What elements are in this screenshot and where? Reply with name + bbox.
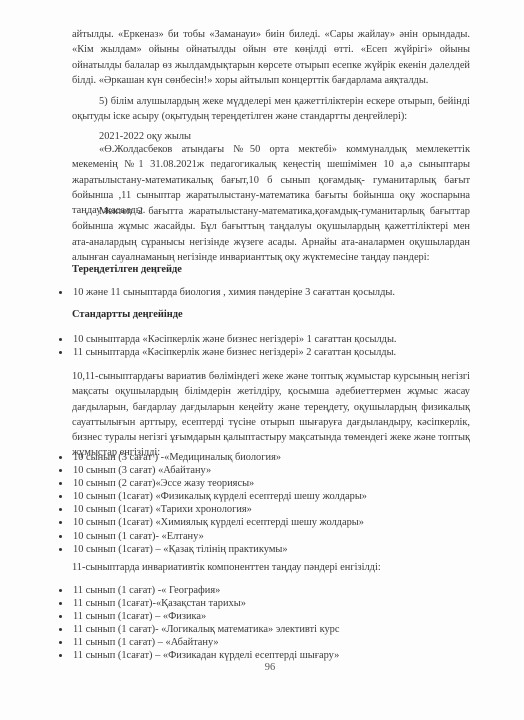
variative-text: 10,11-сыныптардағы вариатив бөліміндегі …	[72, 369, 470, 461]
intro-paragraph: айтылды. «Еркеназ» би тобы «Заманауи» би…	[72, 27, 470, 88]
bullet-icon	[59, 641, 62, 644]
list-item-text: 11 сынып (1сағат) – «Физика»	[73, 611, 206, 622]
bullet-icon	[59, 508, 62, 511]
item5-text: 5) білім алушылардың жеке мүдделері мен …	[72, 94, 470, 125]
bullet-icon	[59, 589, 62, 592]
grade11-intro: 11-сыныптарда инвариативтік компоненттен…	[72, 560, 470, 575]
bullet-icon	[59, 654, 62, 657]
standard-level-list: 10 сыныптарда «Кәсіпкерлік және бизнес н…	[59, 333, 479, 359]
list-item-text: 11 сынып (1 сағат) – «Абайтану»	[73, 637, 219, 648]
list-item: 10 сынып (3 сағат ) -«Медициналық биолог…	[59, 451, 479, 464]
bullet-icon	[59, 521, 62, 524]
list-item-text: 11 сыныптарда «Кәсіпкерлік және бизнес н…	[73, 347, 396, 358]
bullet-icon	[59, 291, 62, 294]
list-item-text: 10 сынып (1сағат) «Химиялық күрделі есеп…	[73, 517, 364, 528]
item5-paragraph: 5) білім алушылардың жеке мүдделері мен …	[72, 94, 470, 125]
bullet-icon	[59, 615, 62, 618]
list-item-text: 10 сынып (1сағат) «Физикалық күрделі есе…	[73, 491, 367, 502]
advanced-level-heading: Тереңдетілген деңгейде	[72, 262, 470, 277]
list-item-text: 10 сынып (1сағат) – «Қазақ тілінің практ…	[73, 544, 288, 555]
school-year: 2021-2022 оқу жылы	[72, 131, 470, 142]
list-item: 11 сынып (1сағат) – «Физика»	[59, 610, 479, 623]
list-item-text: 11 сынып (1сағат) – «Физикадан күрделі е…	[73, 650, 339, 661]
grade10-list: 10 сынып (3 сағат ) -«Медициналық биолог…	[59, 451, 479, 556]
grade11-list: 11 сынып (1 сағат) -« География» 11 сыны…	[59, 584, 479, 663]
list-item: 10 сынып (1сағат) «Химиялық күрделі есеп…	[59, 516, 479, 529]
list-item: 11 сынып (1 сағат) -« География»	[59, 584, 479, 597]
directions-text: Мектеп 2 бағытта жаратылыстану-математик…	[72, 204, 470, 265]
page-number: 96	[0, 662, 524, 673]
list-item: 10 сынып (2 сағат)«Эссе жазу теориясы»	[59, 477, 479, 490]
list-item: 11 сынып (1сағат) – «Физикадан күрделі е…	[59, 649, 479, 662]
list-item-text: 10 сынып (3 сағат) «Абайтану»	[73, 465, 211, 476]
directions-paragraph: Мектеп 2 бағытта жаратылыстану-математик…	[72, 204, 470, 265]
bullet-icon	[59, 482, 62, 485]
bullet-icon	[59, 628, 62, 631]
list-item-text: 10 сынып (1 сағат)- «Елтану»	[73, 531, 204, 542]
list-item: 11 сынып (1 сағат)- «Логикалық математик…	[59, 623, 479, 636]
list-item: 10 сынып (1сағат) «Тарихи хронология»	[59, 503, 479, 516]
bullet-icon	[59, 495, 62, 498]
bullet-icon	[59, 351, 62, 354]
list-item: 10 сынып (1 сағат)- «Елтану»	[59, 530, 479, 543]
list-item: 11 сыныптарда «Кәсіпкерлік және бизнес н…	[59, 346, 479, 359]
list-item: 11 сынып (1 сағат) – «Абайтану»	[59, 636, 479, 649]
document-page: айтылды. «Еркеназ» би тобы «Заманауи» би…	[0, 0, 524, 720]
list-item: 10 сыныптарда «Кәсіпкерлік және бизнес н…	[59, 333, 479, 346]
list-item: 11 сынып (1сағат)-«Қазақстан тарихы»	[59, 597, 479, 610]
list-item-text: 10 сыныптарда «Кәсіпкерлік және бизнес н…	[73, 334, 397, 345]
bullet-icon	[59, 338, 62, 341]
list-item-text: 10 және 11 сыныптарда биология , химия п…	[73, 287, 395, 298]
list-item-text: 10 сынып (2 сағат)«Эссе жазу теориясы»	[73, 478, 254, 489]
bullet-icon	[59, 469, 62, 472]
list-item-text: 10 сынып (3 сағат ) -«Медициналық биолог…	[73, 452, 281, 463]
list-item: 10 сынып (3 сағат) «Абайтану»	[59, 464, 479, 477]
bullet-icon	[59, 548, 62, 551]
bullet-icon	[59, 602, 62, 605]
intro-text: айтылды. «Еркеназ» би тобы «Заманауи» би…	[72, 27, 470, 88]
list-item: 10 сынып (1сағат) – «Қазақ тілінің практ…	[59, 543, 479, 556]
list-item-text: 10 сынып (1сағат) «Тарихи хронология»	[73, 504, 252, 515]
variative-paragraph: 10,11-сыныптардағы вариатив бөліміндегі …	[72, 369, 470, 461]
bullet-icon	[59, 535, 62, 538]
grade11-intro-text: 11-сыныптарда инвариативтік компоненттен…	[72, 560, 470, 575]
list-item-text: 11 сынып (1 сағат) -« География»	[73, 585, 220, 596]
bullet-icon	[59, 456, 62, 459]
standard-level-heading: Стандартты деңгейінде	[72, 307, 470, 322]
list-item-text: 11 сынып (1 сағат)- «Логикалық математик…	[73, 624, 339, 635]
list-item: 10 сынып (1сағат) «Физикалық күрделі есе…	[59, 490, 479, 503]
advanced-level-list: 10 және 11 сыныптарда биология , химия п…	[59, 286, 479, 299]
list-item-text: 11 сынып (1сағат)-«Қазақстан тарихы»	[73, 598, 246, 609]
list-item: 10 және 11 сыныптарда биология , химия п…	[59, 286, 479, 299]
